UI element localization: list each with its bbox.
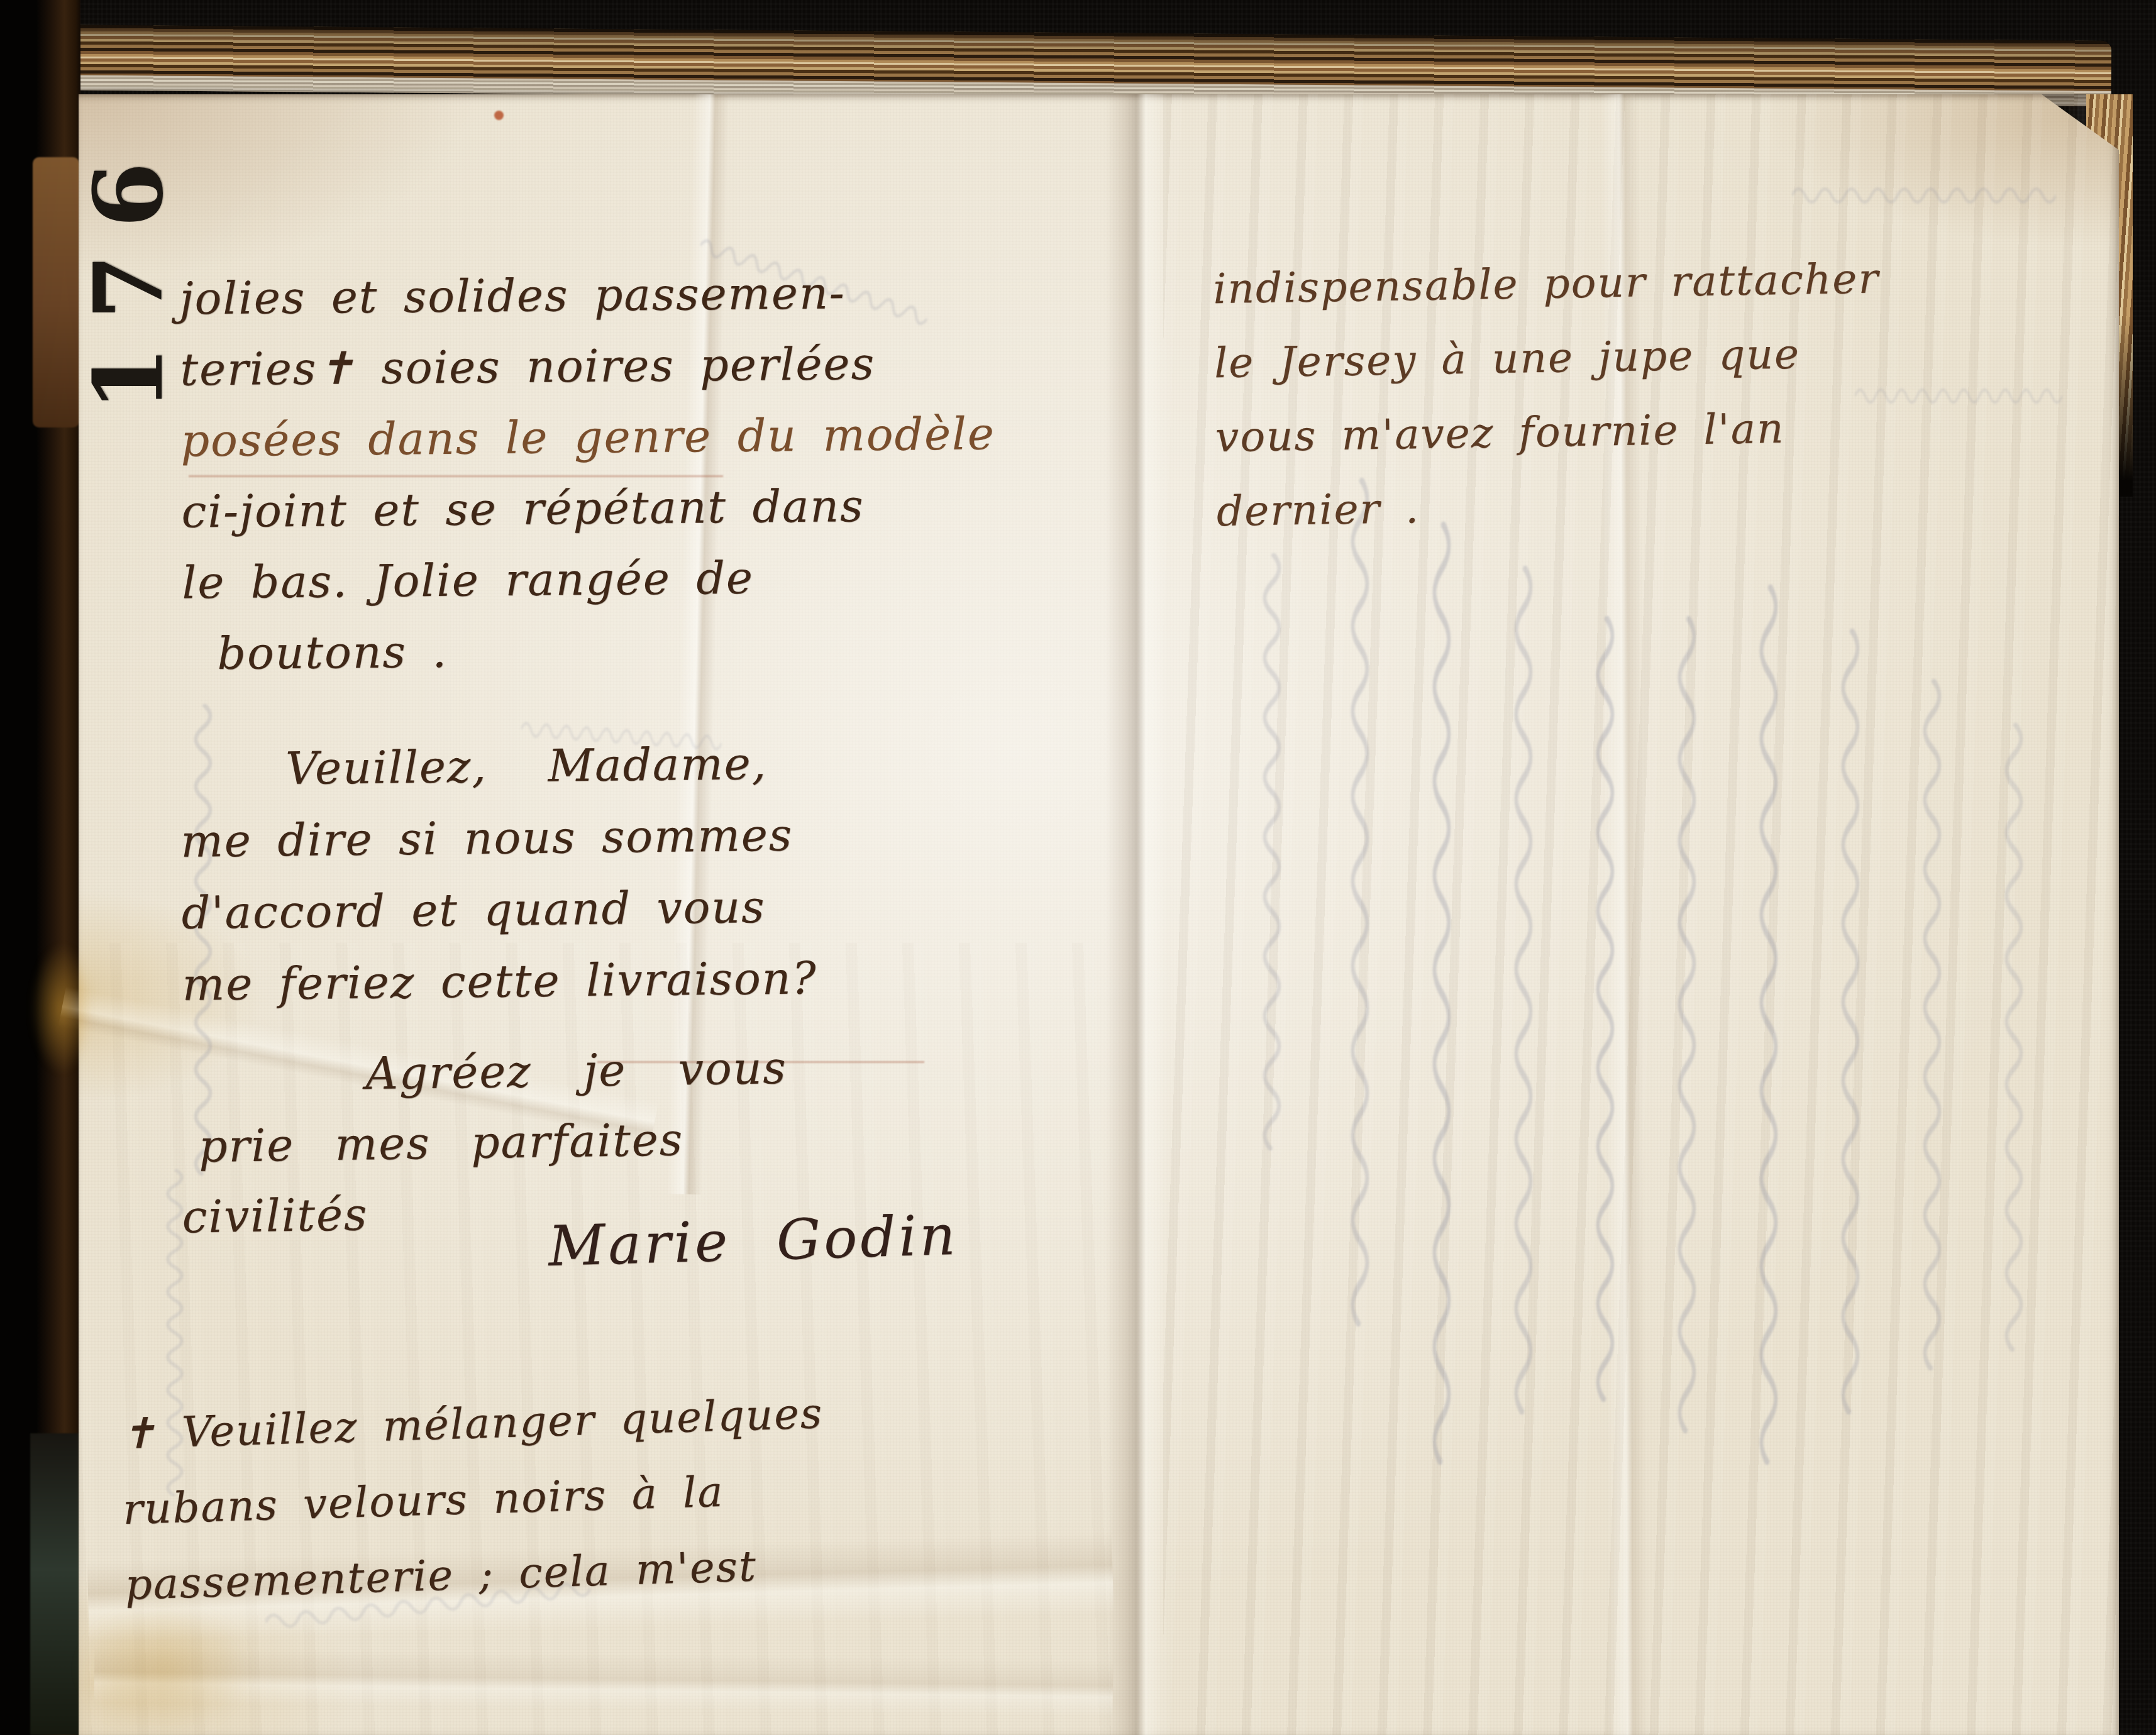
- manuscript-line: le bas. Jolie rangée de: [182, 539, 1125, 618]
- red-speck-stain: [494, 111, 504, 120]
- letter-paragraph-request: Veuillez, Madame, me dire si nous sommes…: [180, 724, 1126, 1021]
- manuscript-line: dernier .: [1216, 461, 2110, 549]
- manuscript-line: teries✝ soies noires perlées: [180, 326, 1124, 405]
- page-number-stamp: 176: [75, 146, 183, 412]
- bleed-through-text: [1427, 522, 1456, 1465]
- letter-paragraph-continuation: indispensable pour rattacher le Jersey à…: [1212, 238, 2109, 549]
- bleed-through-text: [1258, 553, 1286, 1150]
- spine-leather-band: [33, 157, 79, 427]
- manuscript-line: me dire si nous sommes: [180, 796, 1124, 878]
- manuscript-line: jolies et solides passemen-: [179, 255, 1123, 334]
- bleed-through-text: [1792, 182, 2056, 209]
- manuscript-line: posées dans le genre du modèle: [180, 397, 1124, 476]
- manuscript-line: vous m'avez fournie l'an: [1215, 387, 2109, 475]
- spine-cloth-band: [30, 1433, 79, 1735]
- letter-footnote: ✝ Veuillez mélanger quelques rubans velo…: [119, 1367, 1107, 1622]
- bleed-through-text: [1672, 616, 1701, 1433]
- bleed-through-text: [1918, 679, 1947, 1370]
- manuscript-line: Agréez je vous: [180, 1028, 1124, 1112]
- manuscript-line: prie mes parfaites: [180, 1099, 1124, 1182]
- manuscript-line: Veuillez, Madame,: [180, 724, 1124, 806]
- bleed-through-text: [1836, 629, 1865, 1414]
- bleed-through-text: [1754, 585, 1783, 1465]
- manuscript-line: indispensable pour rattacher: [1212, 238, 2106, 326]
- manuscript-line: le Jersey à une jupe que: [1213, 312, 2108, 400]
- corner-stain: [75, 1603, 252, 1735]
- manuscript-line: ci-joint et se répétant dans: [181, 468, 1125, 547]
- signature: Marie Godin: [548, 1203, 959, 1279]
- photograph-frame: 176 jolies et solides passemen- teries✝ …: [0, 0, 2156, 1735]
- bleed-through-text: [1591, 616, 1620, 1402]
- bleed-through-text: [1999, 723, 2028, 1352]
- manuscript-line: me feriez cette livraison?: [182, 939, 1125, 1021]
- manuscript-line: boutons .: [182, 610, 1126, 689]
- manuscript-line: d'accord et quand vous: [181, 867, 1125, 949]
- ink-stain: [30, 943, 93, 1075]
- bleed-through-text: [1509, 566, 1538, 1414]
- letter-paragraph-passementeries: jolies et solides passemen- teries✝ soie…: [179, 255, 1126, 689]
- bleed-through-text: [1346, 478, 1374, 1326]
